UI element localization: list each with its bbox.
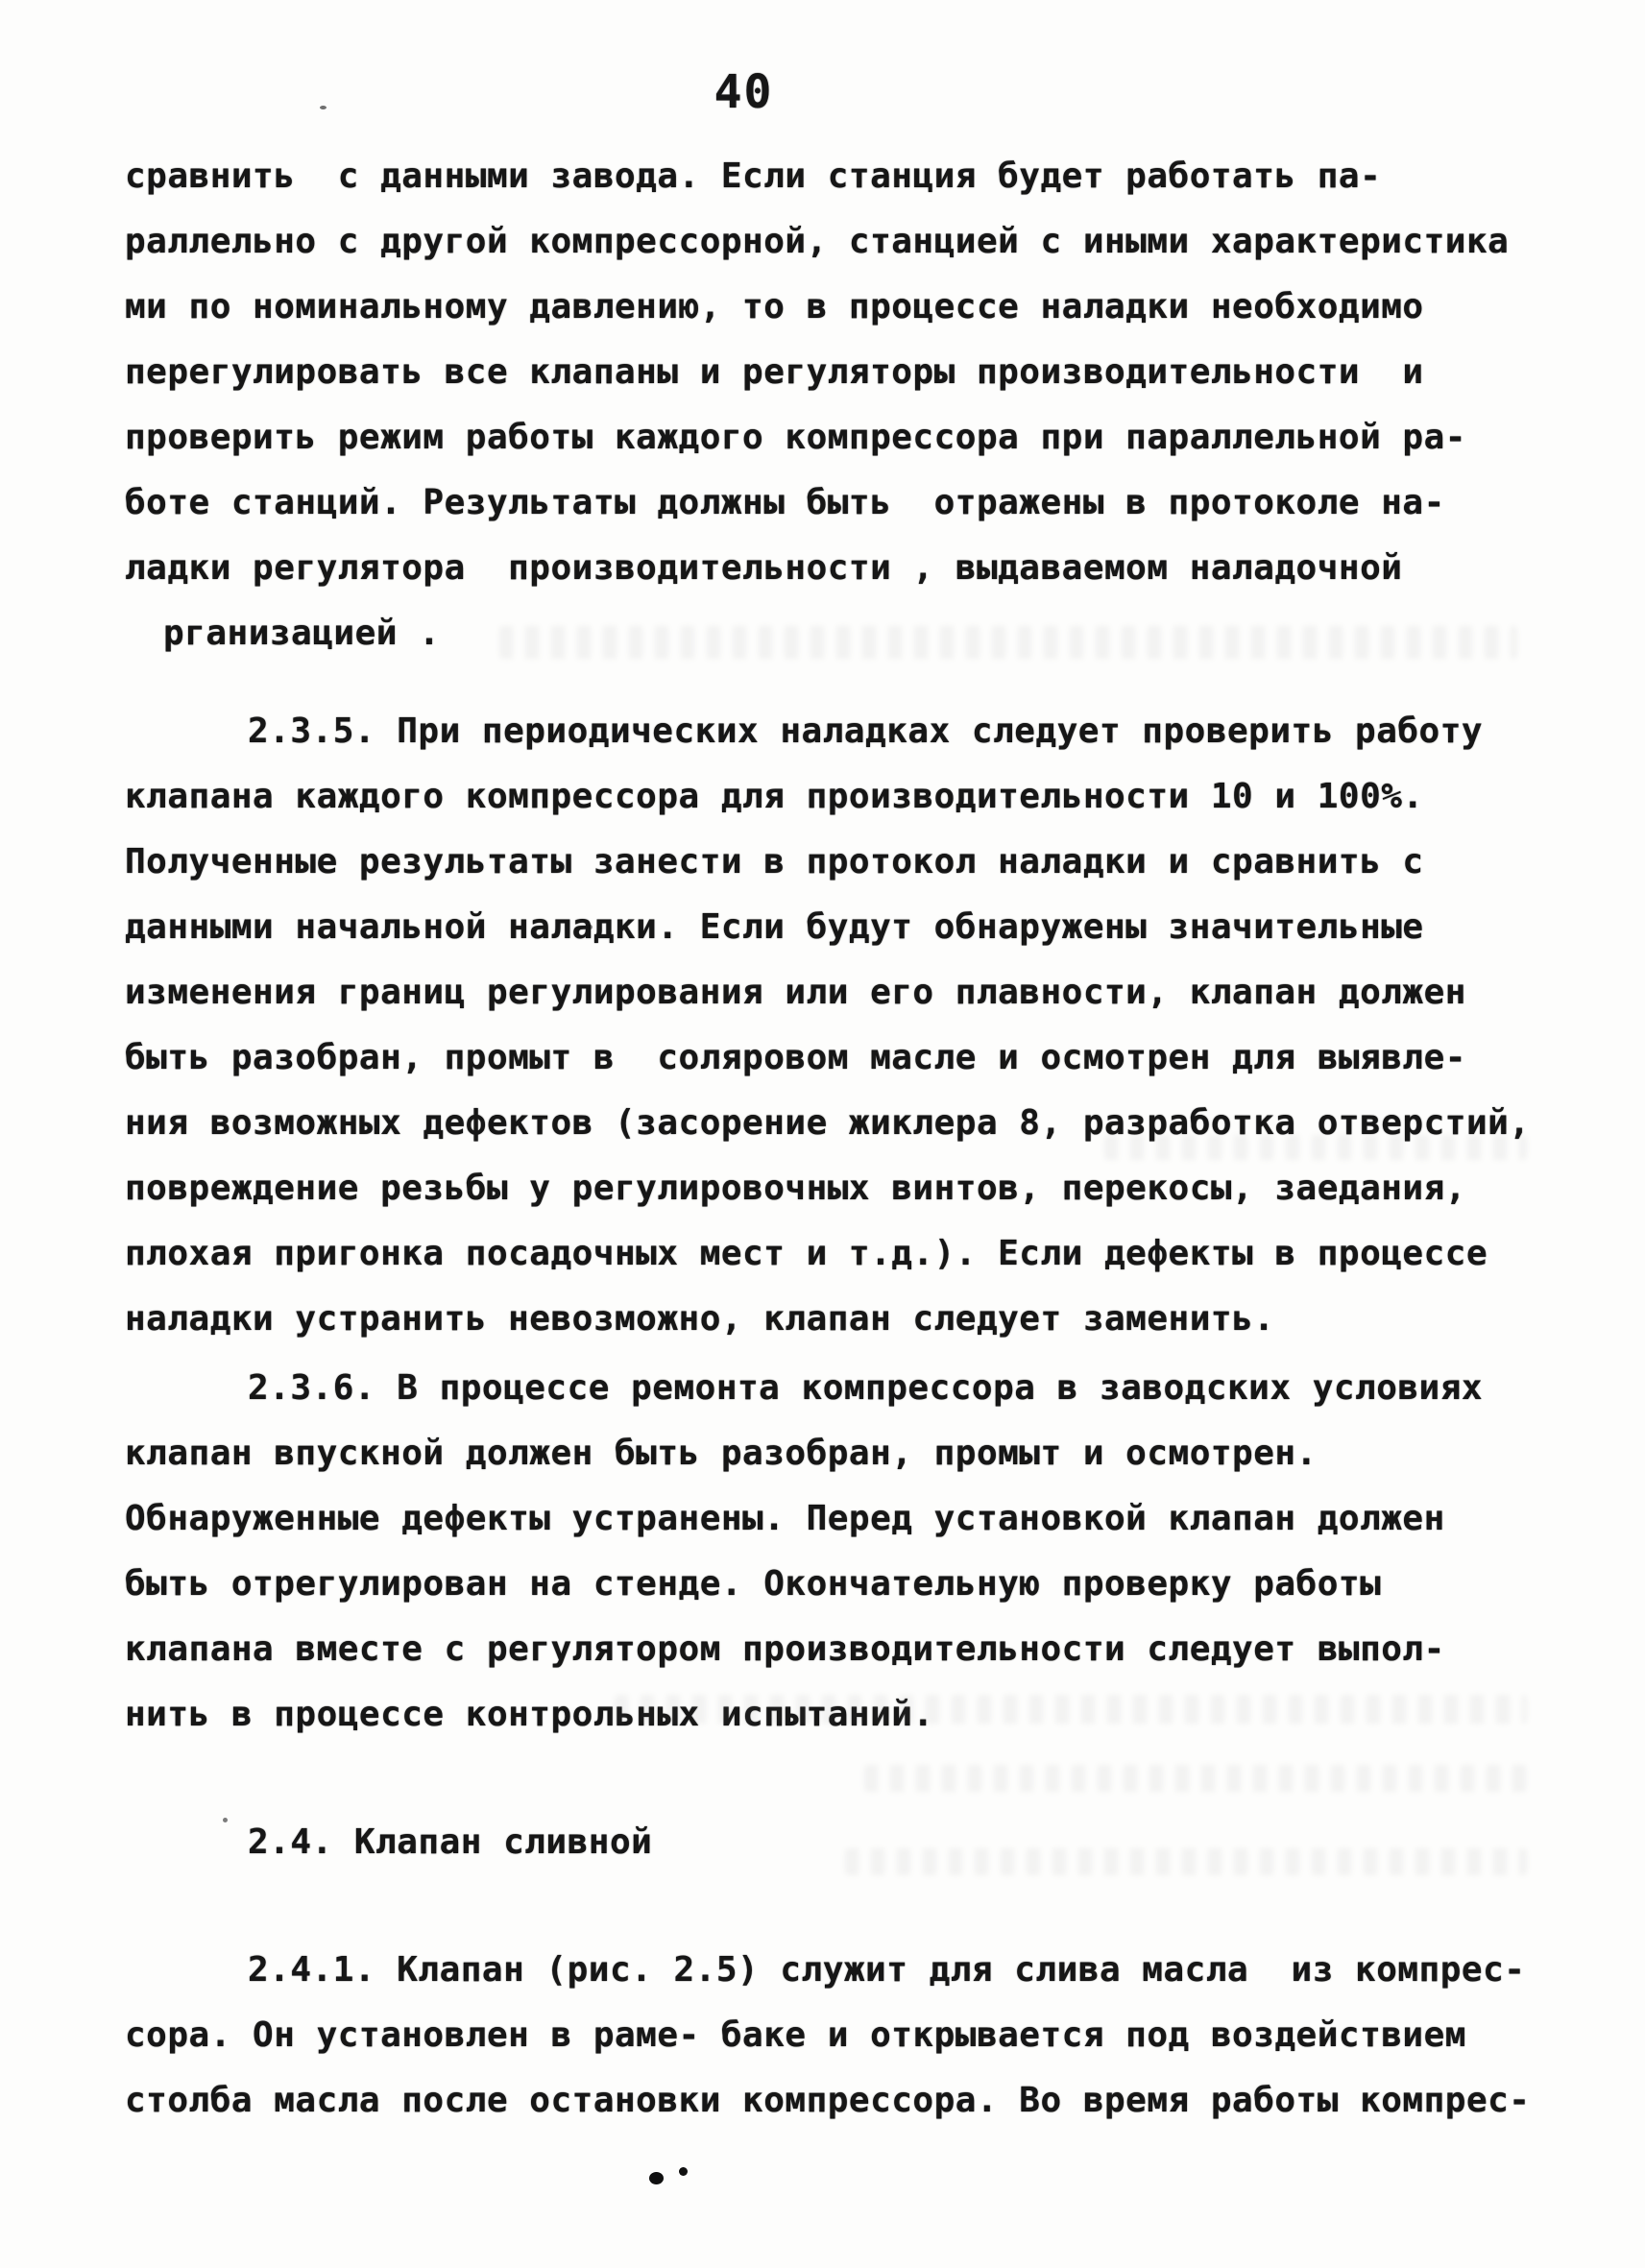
text-line: клапана каждого компрессора для производ… [125,764,1587,830]
text-line: наладки устранить невозможно, клапан сле… [125,1287,1587,1352]
text-line: быть отрегулирован на стенде. Окончатель… [125,1552,1587,1617]
text-line: раллельно с другой компрессорной, станци… [125,209,1587,275]
text-line: ладки регулятора производительности , вы… [125,536,1587,601]
paragraph-2-3-6: 2.3.6. В процессе ремонта компрессора в … [125,1356,1587,1748]
text-line: 2.3.6. В процессе ремонта компрессора в … [125,1356,1587,1421]
text-line: клапан впускной должен быть разобран, пр… [125,1421,1587,1486]
scanned-document-page: 40 сравнить с данными завода. Если станц… [0,0,1645,2268]
paragraph-2-3-5: 2.3.5. При периодических наладках следуе… [125,699,1587,1352]
paragraph-continuation: сравнить с данными завода. Если станция … [125,144,1587,666]
text-line: плохая пригонка посадочных мест и т.д.).… [125,1221,1587,1287]
text-line: изменения границ регулирования или его п… [125,960,1587,1025]
text-line: столба масла после остановки компрессора… [125,2068,1587,2134]
text-line: Полученные результаты занести в протокол… [125,830,1587,895]
text-line: повреждение резьбы у регулировочных винт… [125,1156,1587,1221]
page-number: 40 [0,65,1566,119]
text-line: проверить режим работы каждого компрессо… [125,405,1587,470]
text-line: Обнаруженные дефекты устранены. Перед ус… [125,1486,1587,1552]
text-line: перегулировать все клапаны и регуляторы … [125,340,1587,405]
text-line: 2.3.5. При периодических наладках следуе… [125,699,1587,764]
text-line: ния возможных дефектов (засорение жиклер… [125,1091,1587,1156]
text-line: боте станций. Результаты должны быть отр… [125,470,1587,536]
text-line: сравнить с данными завода. Если станция … [125,144,1587,209]
paragraph-2-4-1: 2.4.1. Клапан (рис. 2.5) служит для слив… [125,1938,1587,2134]
text-line: клапана вместе с регулятором производите… [125,1617,1587,1682]
section-heading-text: 2.4. Клапан сливной [125,1810,1587,1875]
text-line: рганизацией . [125,601,1587,666]
text-line: сора. Он установлен в раме- баке и откры… [125,2003,1587,2068]
text-line: данными начальной наладки. Если будут об… [125,895,1587,960]
section-heading-2-4: 2.4. Клапан сливной [125,1810,1587,1875]
text-line: нить в процессе контрольных испытаний. [125,1682,1587,1748]
text-line: 2.4.1. Клапан (рис. 2.5) служит для слив… [125,1938,1587,2003]
scan-artifact-ink-speck [679,2167,688,2176]
text-line: ми по номинальному давлению, то в процес… [125,275,1587,340]
scan-artifact-ink-speck [649,2172,664,2184]
text-line: быть разобран, промыт в соляровом масле … [125,1025,1587,1091]
page-body: сравнить с данными завода. Если станция … [0,144,1645,2134]
